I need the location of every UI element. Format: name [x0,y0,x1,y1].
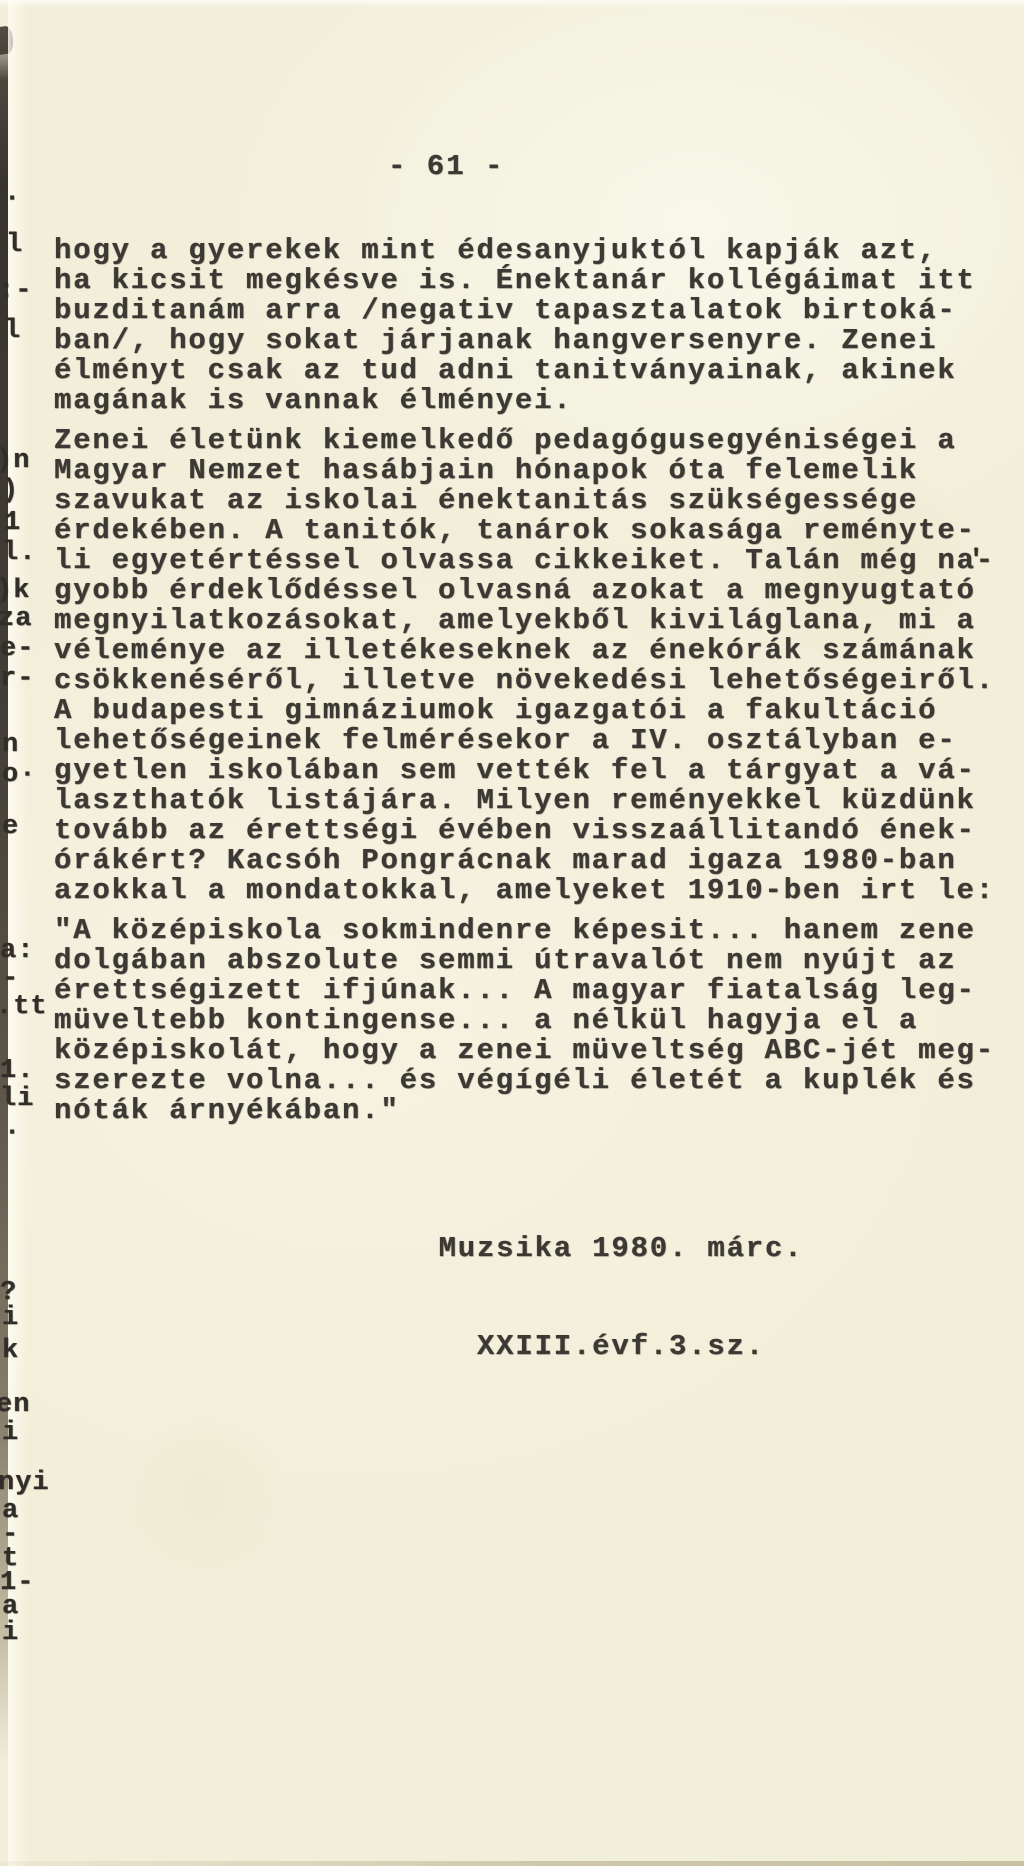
text-line: li egyetértéssel olvassa cikkeiket. Talá… [54,546,995,576]
text-line: gyobb érdeklődéssel olvasná azokat a meg… [54,576,995,606]
citation-source-line: Muzsika 1980. márc. [436,1234,806,1264]
margin-fragment: i [2,1620,19,1647]
scanned-page: - 61 - hogy a gyerekek mint édesanyjuktó… [0,0,1024,1866]
margin-fragment: a [2,1594,19,1621]
text-line: Magyar Nemzet hasábjain hónapok óta fele… [54,456,995,486]
margin-fragment: en [0,1392,30,1419]
body-paragraph: "A középiskola sokmindenre képesit... ha… [54,916,995,1126]
text-line: élményt csak az tud adni tanitványainak,… [54,356,976,386]
margin-fragment: l. [2,540,36,567]
margin-fragment: n [2,732,19,759]
text-line: tovább az érettségi évében visszaállitan… [54,816,995,846]
margin-fragment: e- [0,636,34,663]
margin-fragment: 1 [4,510,21,537]
body-paragraph: Zenei életünk kiemelkedő pedagógusegyéni… [54,426,995,906]
text-line: nóták árnyékában." [54,1096,995,1126]
citation-issue-line: XXIII.évf.3.sz. [436,1332,806,1362]
page-top-edge [0,0,1024,8]
text-line: lehetőségeinek felmérésekor a IV. osztál… [54,726,995,756]
margin-fragment: k [2,1338,19,1365]
text-line: A budapesti gimnáziumok igazgatói a faku… [54,696,995,726]
text-line: müveltebb kontingense... a nélkül hagyja… [54,1006,995,1036]
margin-fragment: nyi [0,1470,50,1497]
text-line: buzditanám arra /negativ tapasztalatok b… [54,296,976,326]
margin-fragment: li [0,1086,34,1113]
text-line: Zenei életünk kiemelkedő pedagógusegyéni… [54,426,995,456]
margin-fragment: :- [0,278,32,305]
margin-fragment: l [4,318,21,345]
margin-fragment: ' [968,548,985,575]
text-line: azokkal a mondatokkal, amelyeket 1910-be… [54,876,995,906]
text-line: laszthatók listájára. Milyen reményekkel… [54,786,995,816]
margin-fragments: ·l:-l)n)1l.)kzae-r-no·ea:-.tt1.li·?ikeni… [0,0,40,1866]
page-bottom-edge [0,1861,1024,1866]
text-line: érettségizett ifjúnak... A magyar fiatal… [54,976,995,1006]
text-line: szerezte volna... és végígéli életét a k… [54,1066,995,1096]
text-line: véleménye az illetékeseknek az énekórák … [54,636,995,666]
margin-fragment: l [6,232,23,259]
margin-fragment: .tt [0,994,48,1021]
margin-fragment: )n [0,448,30,475]
margin-fragment: o· [2,762,36,789]
text-line: középiskolát, hogy a zenei müveltség ABC… [54,1036,995,1066]
text-line: ha kicsit megkésve is. Énektanár kollégá… [54,266,976,296]
margin-fragment: r- [0,666,34,693]
body-paragraph: hogy a gyerekek mint édesanyjuktól kapjá… [54,236,976,416]
margin-fragment: 1. [0,1058,34,1085]
text-line: dolgában abszolute semmi útravalót nem n… [54,946,995,976]
text-line: érdekében. A tanitók, tanárok sokasága r… [54,516,995,546]
margin-fragment: )k [0,578,30,605]
text-line: "A középiskola sokmindenre képesit... ha… [54,916,995,946]
margin-fragment: i [2,1305,19,1332]
margin-fragment: ) [2,478,19,505]
margin-fragment: · [4,186,21,213]
margin-fragment: i [2,1420,19,1447]
page-number: - 61 - [388,150,504,183]
margin-fragment: · [4,1120,21,1147]
margin-fragment: za [0,606,32,633]
margin-fragment: a: [0,938,34,965]
margin-fragment: e [2,814,19,841]
citation: Muzsika 1980. márc. XXIII.évf.3.sz. [436,1174,806,1422]
text-line: ban/, hogy sokat járjanak hangversenyre.… [54,326,976,356]
text-line: megnyilatkozásokat, amelyekből kivilágla… [54,606,995,636]
text-line: csökkenéséről, illetve növekedési lehető… [54,666,995,696]
text-line: hogy a gyerekek mint édesanyjuktól kapjá… [54,236,976,266]
text-line: magának is vannak élményei. [54,386,976,416]
text-line: órákért? Kacsóh Pongrácnak marad igaza 1… [54,846,995,876]
text-line: szavukat az iskolai énektanitás szüksége… [54,486,995,516]
margin-fragment: - [2,966,19,993]
text-line: gyetlen iskolában sem vették fel a tárgy… [54,756,995,786]
